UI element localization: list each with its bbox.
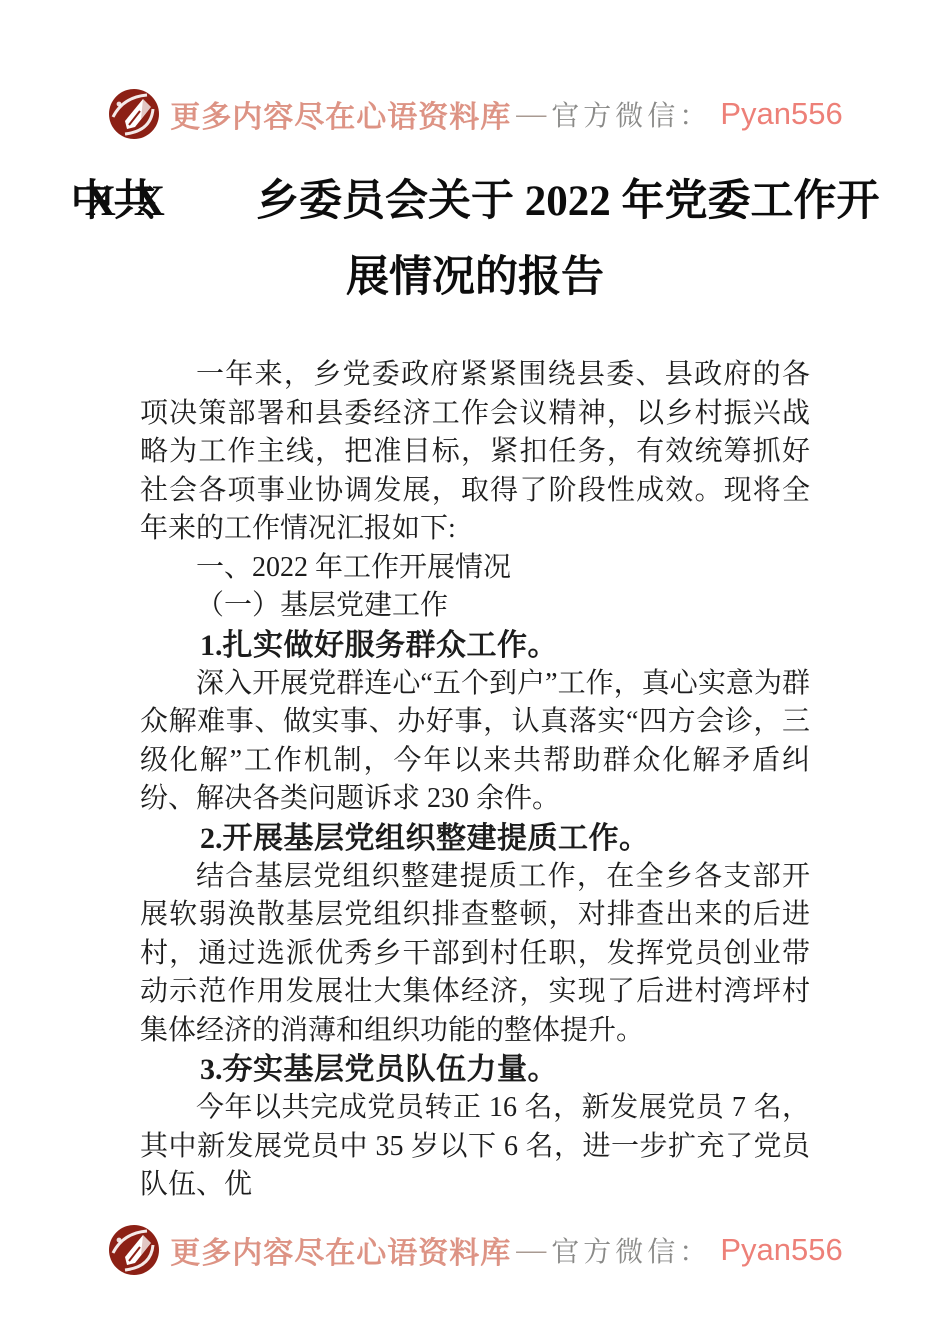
- document-page: 更多内容尽在心语资料库 — 官方微信： Pyan556 中共 XX 乡委员会关于…: [0, 0, 950, 1344]
- pen-logo-icon: [107, 1223, 161, 1277]
- heading-number: 2.: [200, 822, 223, 855]
- document-body: 一年来，乡党委政府紧紧围绕县委、县政府的各项决策部署和县委经济工作会议精神，以乡…: [140, 356, 810, 1205]
- wechat-label: 官方微信：: [551, 94, 711, 134]
- wechat-label: 官方微信：: [551, 1230, 711, 1270]
- numbered-heading-2: 2.开展基层党组织整建提质工作。: [140, 819, 810, 858]
- brand-dash: —: [516, 1233, 546, 1267]
- wechat-id: Pyan556: [720, 96, 842, 132]
- subsection-heading-1: （一）基层党建工作: [140, 587, 810, 626]
- title-line1-text: 乡委员会关于 2022 年党委工作开: [256, 178, 880, 225]
- wechat-id: Pyan556: [720, 1232, 842, 1268]
- heading-number: 1.: [200, 629, 223, 662]
- pen-logo-icon: [107, 87, 161, 141]
- heading-text: 扎实做好服务群众工作。: [223, 628, 559, 663]
- numbered-heading-3: 3.夯实基层党员队伍力量。: [140, 1050, 810, 1089]
- heading-text: 夯实基层党员队伍力量。: [223, 1052, 559, 1087]
- heading-number: 3.: [200, 1053, 223, 1086]
- brand-text: 更多内容尽在心语资料库: [170, 92, 511, 136]
- paragraph: 一年来，乡党委政府紧紧围绕县委、县政府的各项决策部署和县委经济工作会议精神，以乡…: [140, 356, 810, 549]
- numbered-heading-1: 1.扎实做好服务群众工作。: [140, 626, 810, 665]
- header-brand: 更多内容尽在心语资料库 — 官方微信： Pyan556: [0, 86, 950, 142]
- title-redacted-overlay: XX: [85, 164, 183, 240]
- paragraph: 结合基层党组织整建提质工作，在全乡各支部开展软弱涣散基层党组织排查整顿，对排查出…: [140, 858, 810, 1051]
- footer-brand: 更多内容尽在心语资料库 — 官方微信： Pyan556: [0, 1222, 950, 1278]
- title-redacted-prefix: 中共 XX: [71, 164, 157, 240]
- paragraph: 今年以共完成党员转正 16 名，新发展党员 7 名，其中新发展党员中 35 岁以…: [140, 1089, 810, 1205]
- brand-dash: —: [516, 97, 546, 131]
- title-line-2: 展情况的报告: [60, 240, 890, 316]
- paragraph: 深入开展党群连心“五个到户”工作，真心实意为群众解难事、做实事、办好事，认真落实…: [140, 665, 810, 819]
- section-heading-1: 一、2022 年工作开展情况: [140, 549, 810, 588]
- brand-text: 更多内容尽在心语资料库: [170, 1228, 511, 1272]
- document-title: 中共 XX 乡委员会关于 2022 年党委工作开 展情况的报告: [60, 164, 890, 316]
- title-line-1: 中共 XX 乡委员会关于 2022 年党委工作开: [60, 164, 890, 240]
- heading-text: 开展基层党组织整建提质工作。: [223, 821, 650, 856]
